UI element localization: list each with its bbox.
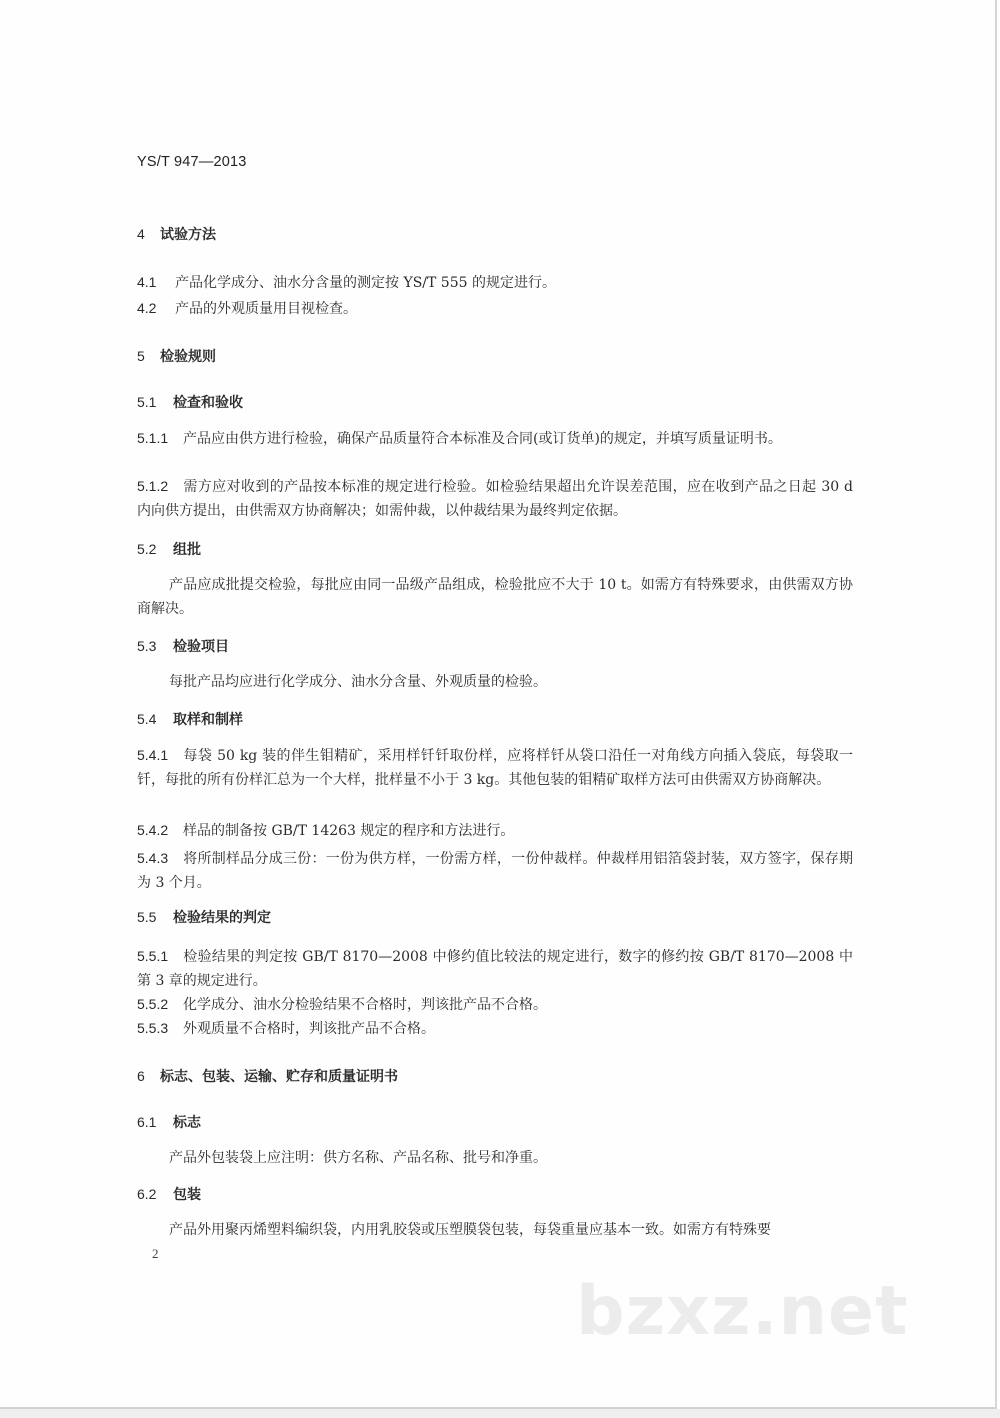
clause-text: 每袋 50 kg 装的伴生钼精矿，采用样钎钎取份样，应将样钎从袋口沿任一对角线方… — [137, 748, 853, 788]
clause-number: 4.1 — [137, 270, 175, 294]
watermark: bzxz.net — [576, 1272, 909, 1351]
clause-text: 将所制样品分成三份：一份为供方样，一份需方样，一份仲裁样。仲裁样用铝箔袋封装，双… — [137, 851, 853, 891]
clause-text: 产品应由供方进行检验，确保产品质量符合本标准及合同(或订货单)的规定，并填写质量… — [183, 431, 782, 447]
clause-5-4-2: 5.4.2样品的制备按 GB/T 14263 规定的程序和方法进行。 — [137, 818, 853, 843]
section-number: 6 — [137, 1064, 160, 1088]
section-5-1-heading: 5.1检查和验收 — [137, 390, 853, 415]
section-number: 5.3 — [137, 634, 173, 658]
clause-5-5-3: 5.5.3外观质量不合格时，判该批产品不合格。 — [137, 1016, 853, 1041]
section-number: 6.1 — [137, 1110, 173, 1134]
page-bottom-edge — [0, 1409, 1000, 1418]
clause-number: 5.1.2 — [137, 474, 183, 498]
clause-number: 5.5.3 — [137, 1016, 183, 1040]
standard-code: YS/T 947—2013 — [137, 154, 247, 170]
section-number: 5.2 — [137, 537, 173, 561]
section-5-heading: 5检验规则 — [137, 344, 853, 369]
document-page: YS/T 947—2013 4试验方法 4.1产品化学成分、油水分含量的测定按 … — [0, 0, 997, 1409]
section-title: 标志 — [173, 1115, 201, 1131]
clause-text: 外观质量不合格时，判该批产品不合格。 — [183, 1021, 435, 1037]
section-title: 组批 — [173, 542, 201, 558]
clause-number: 5.4.2 — [137, 818, 183, 842]
clause-5-1-1: 5.1.1产品应由供方进行检验，确保产品质量符合本标准及合同(或订货单)的规定，… — [137, 426, 853, 451]
clause-5-4-1: 5.4.1每袋 50 kg 装的伴生钼精矿，采用样钎钎取份样，应将样钎从袋口沿任… — [137, 743, 853, 792]
section-title: 取样和制样 — [173, 712, 243, 728]
section-number: 6.2 — [137, 1182, 173, 1206]
section-number: 5.4 — [137, 707, 173, 731]
section-title: 标志、包装、运输、贮存和质量证明书 — [160, 1069, 398, 1085]
clause-number: 5.1.1 — [137, 426, 183, 450]
clause-5-5-1: 5.5.1检验结果的判定按 GB/T 8170—2008 中修约值比较法的规定进… — [137, 944, 853, 993]
clause-5-5-2: 5.5.2化学成分、油水分检验结果不合格时，判该批产品不合格。 — [137, 992, 853, 1017]
section-title: 检查和验收 — [173, 395, 243, 411]
section-6-heading: 6标志、包装、运输、贮存和质量证明书 — [137, 1064, 853, 1089]
clause-number: 4.2 — [137, 296, 175, 320]
section-4-heading: 4试验方法 — [137, 222, 853, 247]
section-title: 检验规则 — [160, 349, 216, 365]
clause-4-1: 4.1产品化学成分、油水分含量的测定按 YS/T 555 的规定进行。 — [137, 270, 853, 295]
section-5-2-heading: 5.2组批 — [137, 537, 853, 562]
clause-text: 样品的制备按 GB/T 14263 规定的程序和方法进行。 — [183, 823, 514, 839]
section-5-3-body: 每批产品均应进行化学成分、油水分含量、外观质量的检验。 — [137, 670, 853, 694]
section-number: 5 — [137, 344, 160, 368]
clause-4-2: 4.2产品的外观质量用目视检查。 — [137, 296, 853, 321]
section-title: 包装 — [173, 1187, 201, 1203]
clause-number: 5.5.2 — [137, 992, 183, 1016]
section-title: 检验结果的判定 — [173, 910, 271, 926]
section-6-2-heading: 6.2包装 — [137, 1182, 853, 1207]
clause-text: 需方应对收到的产品按本标准的规定进行检验。如检验结果超出允许误差范围，应在收到产… — [137, 479, 853, 519]
section-5-2-body: 产品应成批提交检验，每批应由同一品级产品组成，检验批应不大于 10 t。如需方有… — [137, 573, 853, 621]
section-number: 5.1 — [137, 390, 173, 414]
clause-number: 5.4.1 — [137, 743, 183, 767]
section-title: 检验项目 — [173, 639, 229, 655]
clause-text: 产品化学成分、油水分含量的测定按 YS/T 555 的规定进行。 — [175, 275, 556, 291]
clause-text: 检验结果的判定按 GB/T 8170—2008 中修约值比较法的规定进行，数字的… — [137, 949, 853, 989]
clause-5-4-3: 5.4.3将所制样品分成三份：一份为供方样，一份需方样，一份仲裁样。仲裁样用铝箔… — [137, 846, 853, 895]
section-5-4-heading: 5.4取样和制样 — [137, 707, 853, 732]
clause-text: 产品的外观质量用目视检查。 — [175, 301, 357, 317]
clause-text: 化学成分、油水分检验结果不合格时，判该批产品不合格。 — [183, 997, 547, 1013]
section-6-1-heading: 6.1标志 — [137, 1110, 853, 1135]
clause-number: 5.5.1 — [137, 944, 183, 968]
page-number: 2 — [152, 1246, 159, 1262]
section-title: 试验方法 — [160, 227, 216, 243]
section-number: 4 — [137, 222, 160, 246]
section-number: 5.5 — [137, 905, 173, 929]
section-6-2-body: 产品外用聚丙烯塑料编织袋，内用乳胶袋或压塑膜袋包装，每袋重量应基本一致。如需方有… — [137, 1218, 853, 1242]
section-5-5-heading: 5.5检验结果的判定 — [137, 905, 853, 930]
clause-5-1-2: 5.1.2需方应对收到的产品按本标准的规定进行检验。如检验结果超出允许误差范围，… — [137, 474, 853, 523]
section-5-3-heading: 5.3检验项目 — [137, 634, 853, 659]
clause-number: 5.4.3 — [137, 846, 183, 870]
section-6-1-body: 产品外包装袋上应注明：供方名称、产品名称、批号和净重。 — [137, 1146, 853, 1170]
